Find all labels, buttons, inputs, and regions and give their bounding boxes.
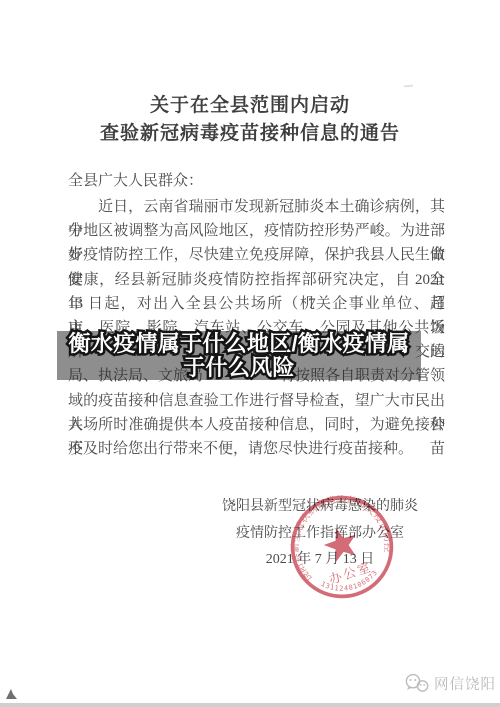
notice-title-line2: 查验新冠病毒疫苗接种信息的通告 (0, 118, 500, 145)
body-line: 不及时给您出行带来不便，请您尽快进行疫苗接种。 (68, 437, 445, 461)
body-line: 共场所时准确提供本人疫苗接种信息，同时，为避免接种疫苗 (68, 413, 445, 437)
bottom-gray-strip (0, 703, 500, 707)
caption-banner-line1: 衡水疫情属于什么地区/衡水疫情属 衡水疫情属于什么地区/衡水疫情属 (69, 332, 410, 356)
body-line: 13 日起，对出入全县公共场所（机关企事业单位、超市、饭 (68, 292, 445, 316)
notice-body: 近日，云南省瑞丽市发现新冠肺炎本土确诊病例，其中部 分地区被调整为高风险地区，疫… (68, 195, 445, 461)
body-line: 健康，经县新冠肺炎疫情防控指挥部研究决定，自 2021 年 7 月 (68, 268, 445, 292)
caption-text: 衡水疫情属于什么地区/衡水疫情属 (69, 332, 410, 356)
seal-star-icon (320, 523, 361, 563)
body-line: 好疫情防控工作，尽快建立免疫屏障，保护我县人民生命安全 (68, 243, 445, 267)
body-line: 域的疫苗接种信息查验工作进行督导检查，望广大市民出入公 (68, 389, 445, 413)
body-line: 分地区被调整为高风险地区，疫情防控形势严峻。为进一步做 (68, 219, 445, 243)
salutation: 全县广大人民群众： (68, 169, 445, 190)
caption-text: 于什么风险 (183, 356, 295, 380)
watermark: 网信饶阳 (403, 672, 496, 694)
official-seal: 饶阳县新型冠状病毒感染的肺炎疫情防控工作指挥部 办公室 131124810607… (270, 475, 414, 619)
scan-mark-icon (5, 688, 18, 699)
notice-title-line1: 关于在全县范围内启动 (0, 90, 500, 117)
scan-artifact-dash (404, 85, 413, 88)
scanned-notice-page: 关于在全县范围内启动 查验新冠病毒疫苗接种信息的通告 全县广大人民群众： 近日，… (0, 0, 500, 707)
watermark-label: 网信饶阳 (434, 673, 496, 694)
body-line: 近日，云南省瑞丽市发现新冠肺炎本土确诊病例，其中部 (68, 195, 445, 219)
caption-banner-line2: 于什么风险 于什么风险 (183, 356, 295, 380)
wechat-icon (403, 673, 430, 694)
caption-banner: 衡水疫情属于什么地区/衡水疫情属 衡水疫情属于什么地区/衡水疫情属 于什么风险 … (57, 331, 421, 380)
